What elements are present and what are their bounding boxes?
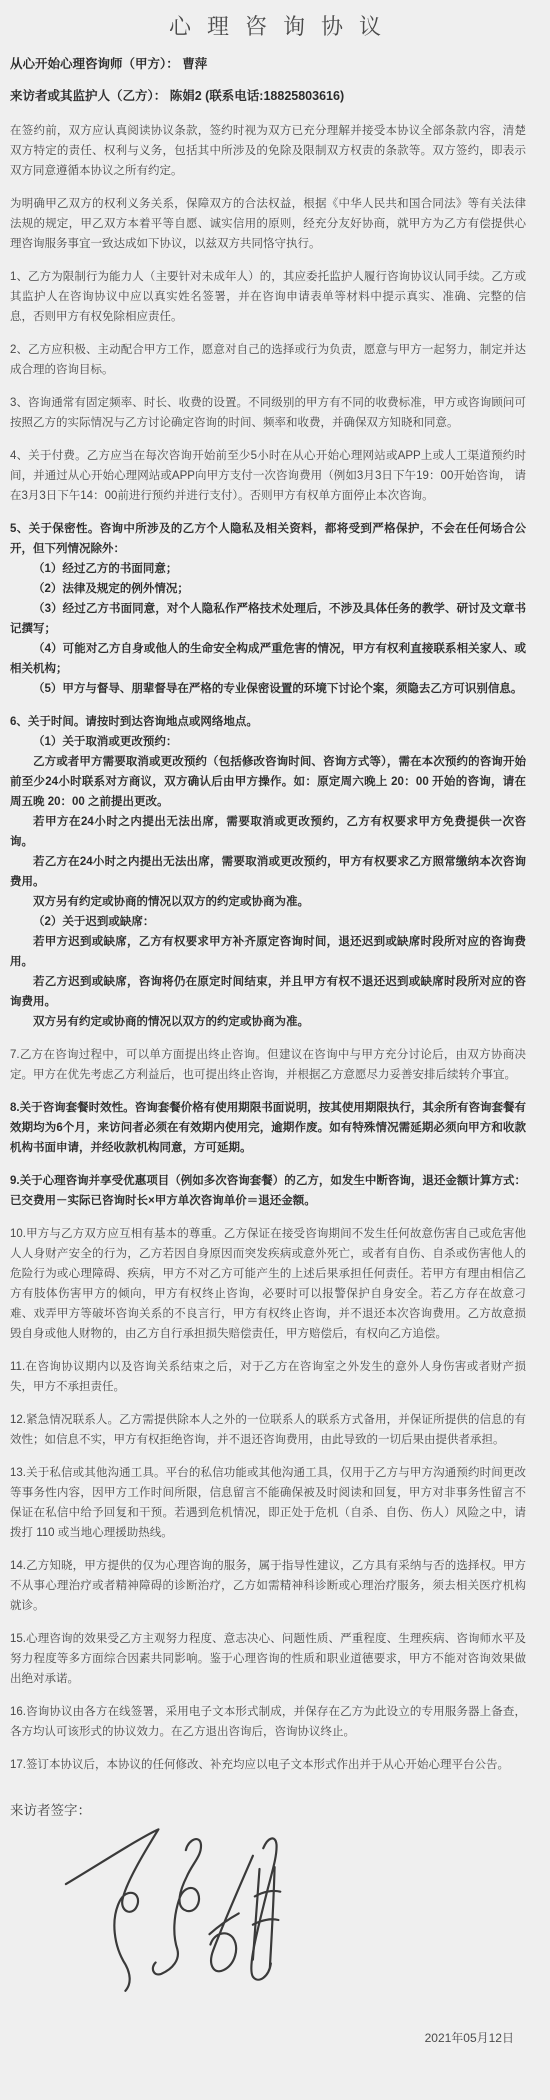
agreement-paragraph: 16.咨询协议由各方在线签署，采用电子文本形式制成，并保存在乙方为此设立的专用服… xyxy=(10,1702,526,1742)
agreement-paragraph: 在签约前，双方应认真阅读协议条款，签约时视为双方已充分理解并接受本协议全部条款内… xyxy=(10,121,526,181)
agreement-paragraph: 2、乙方应积极、主动配合甲方工作，愿意对自己的选择或行为负责，愿意与甲方一起努力… xyxy=(10,340,526,380)
agreement-paragraph: 若甲方在24小时之内提出无法出席，需要取消或更改预约，乙方有权要求甲方免费提供一… xyxy=(10,812,526,852)
agreement-paragraph: 若乙方迟到或缺席，咨询将仍在原定时间结束，并且甲方有权不退还迟到或缺席时段所对应… xyxy=(10,972,526,1012)
agreement-body: 在签约前，双方应认真阅读协议条款，签约时视为双方已充分理解并接受本协议全部条款内… xyxy=(0,121,550,1775)
agreement-paragraph: 13.关于私信或其他沟通工具。平台的私信功能或其他沟通工具，仅用于乙方与甲方沟通… xyxy=(10,1463,526,1543)
agreement-paragraph: （3）经过乙方书面同意，对个人隐私作严格技术处理后，不涉及具体任务的教学、研讨及… xyxy=(10,599,526,639)
agreement-paragraph: 双方另有约定或协商的情况以双方的约定或协商为准。 xyxy=(10,1012,526,1032)
agreement-paragraph: （2）法律及规定的例外情况； xyxy=(10,579,526,599)
agreement-paragraph: 若甲方迟到或缺席，乙方有权要求甲方补齐原定咨询时间，退还迟到或缺席时段所对应的咨… xyxy=(10,932,526,972)
agreement-paragraph: （4）可能对乙方自身或他人的生命安全构成严重危害的情况，甲方有权利直接联系相关家… xyxy=(10,639,526,679)
party-a-line: 从心开始心理咨询师（甲方）： 曹萍 xyxy=(10,55,526,73)
agreement-paragraph: 5、关于保密性。咨询中所涉及的乙方个人隐私及相关资料，都将受到严格保护，不会在任… xyxy=(10,519,526,559)
agreement-paragraph: 15.心理咨询的效果受乙方主观努力程度、意志决心、问题性质、严重程度、生理疾病、… xyxy=(10,1629,526,1689)
party-b-line: 来访者或其监护人（乙方）： 陈娟2 (联系电话:18825803616) xyxy=(10,87,526,105)
agreement-paragraph: 7.乙方在咨询过程中，可以单方面提出终止咨询。但建议在咨询中与甲方充分讨论后，由… xyxy=(10,1045,526,1085)
agreement-page: 心理咨询协议 从心开始心理咨询师（甲方）： 曹萍 来访者或其监护人（乙方）： 陈… xyxy=(0,0,550,2100)
agreement-paragraph: 1、乙方为限制行为能力人（主要针对未成年人）的，其应委托监护人履行咨询协议认同手… xyxy=(10,267,526,327)
agreement-paragraph: 10.甲方与乙方双方应互相有基本的尊重。乙方保证在接受咨询期间不发生任何故意伤害… xyxy=(10,1224,526,1344)
signature-date: 2021年05月12日 xyxy=(10,2029,514,2046)
agreement-paragraph: 8.关于咨询套餐时效性。咨询套餐价格有使用期限书面说明，按其使用期限执行，其余所… xyxy=(10,1098,526,1158)
agreement-paragraph: 若乙方在24小时之内提出无法出席，需要取消或更改预约，甲方有权要求乙方照常缴纳本… xyxy=(10,852,526,892)
agreement-paragraph: （2）关于迟到或缺席： xyxy=(10,912,526,932)
agreement-paragraph: （5）甲方与督导、朋辈督导在严格的专业保密设置的环境下讨论个案，须隐去乙方可识别… xyxy=(10,679,526,699)
signature-ink-strokes xyxy=(30,1825,285,2015)
agreement-paragraph: （1）经过乙方的书面同意； xyxy=(10,559,526,579)
agreement-paragraph: 11.在咨询协议期内以及咨询关系结束之后，对于乙方在咨询室之外发生的意外人身伤害… xyxy=(10,1357,526,1397)
handwritten-signature xyxy=(30,1825,285,2015)
agreement-paragraph: 12.紧急情况联系人。乙方需提供除本人之外的一位联系人的联系方式备用，并保证所提… xyxy=(10,1410,526,1450)
agreement-paragraph: （1）关于取消或更改预约： xyxy=(10,732,526,752)
agreement-paragraph: 4、关于付费。乙方应当在每次咨询开始前至少5小时在从心开始心理网站或APP上或人… xyxy=(10,446,526,506)
page-title: 心理咨询协议 xyxy=(0,10,550,41)
agreement-paragraph: 3、咨询通常有固定频率、时长、收费的设置。不同级别的甲方有不同的收费标准，甲方或… xyxy=(10,393,526,433)
agreement-paragraph: 乙方或者甲方需要取消或更改预约（包括修改咨询时间、咨询方式等），需在本次预约的咨… xyxy=(10,752,526,812)
visitor-signature-label: 来访者签字： xyxy=(10,1799,526,1819)
agreement-paragraph: 9.关于心理咨询并享受优惠项目（例如多次咨询套餐）的乙方，如发生中断咨询，退还金… xyxy=(10,1171,526,1211)
agreement-paragraph: 14.乙方知晓，甲方提供的仅为心理咨询的服务，属于指导性建议，乙方具有采纳与否的… xyxy=(10,1556,526,1616)
agreement-paragraph: 双方另有约定或协商的情况以双方的约定或协商为准。 xyxy=(10,892,526,912)
agreement-paragraph: 17.签订本协议后，本协议的任何修改、补充均应以电子文本形式作出并于从心开始心理… xyxy=(10,1755,526,1775)
agreement-paragraph: 为明确甲乙双方的权利义务关系，保障双方的合法权益，根据《中华人民共和国合同法》等… xyxy=(10,194,526,254)
agreement-paragraph: 6、关于时间。请按时到达咨询地点或网络地点。 xyxy=(10,712,526,732)
